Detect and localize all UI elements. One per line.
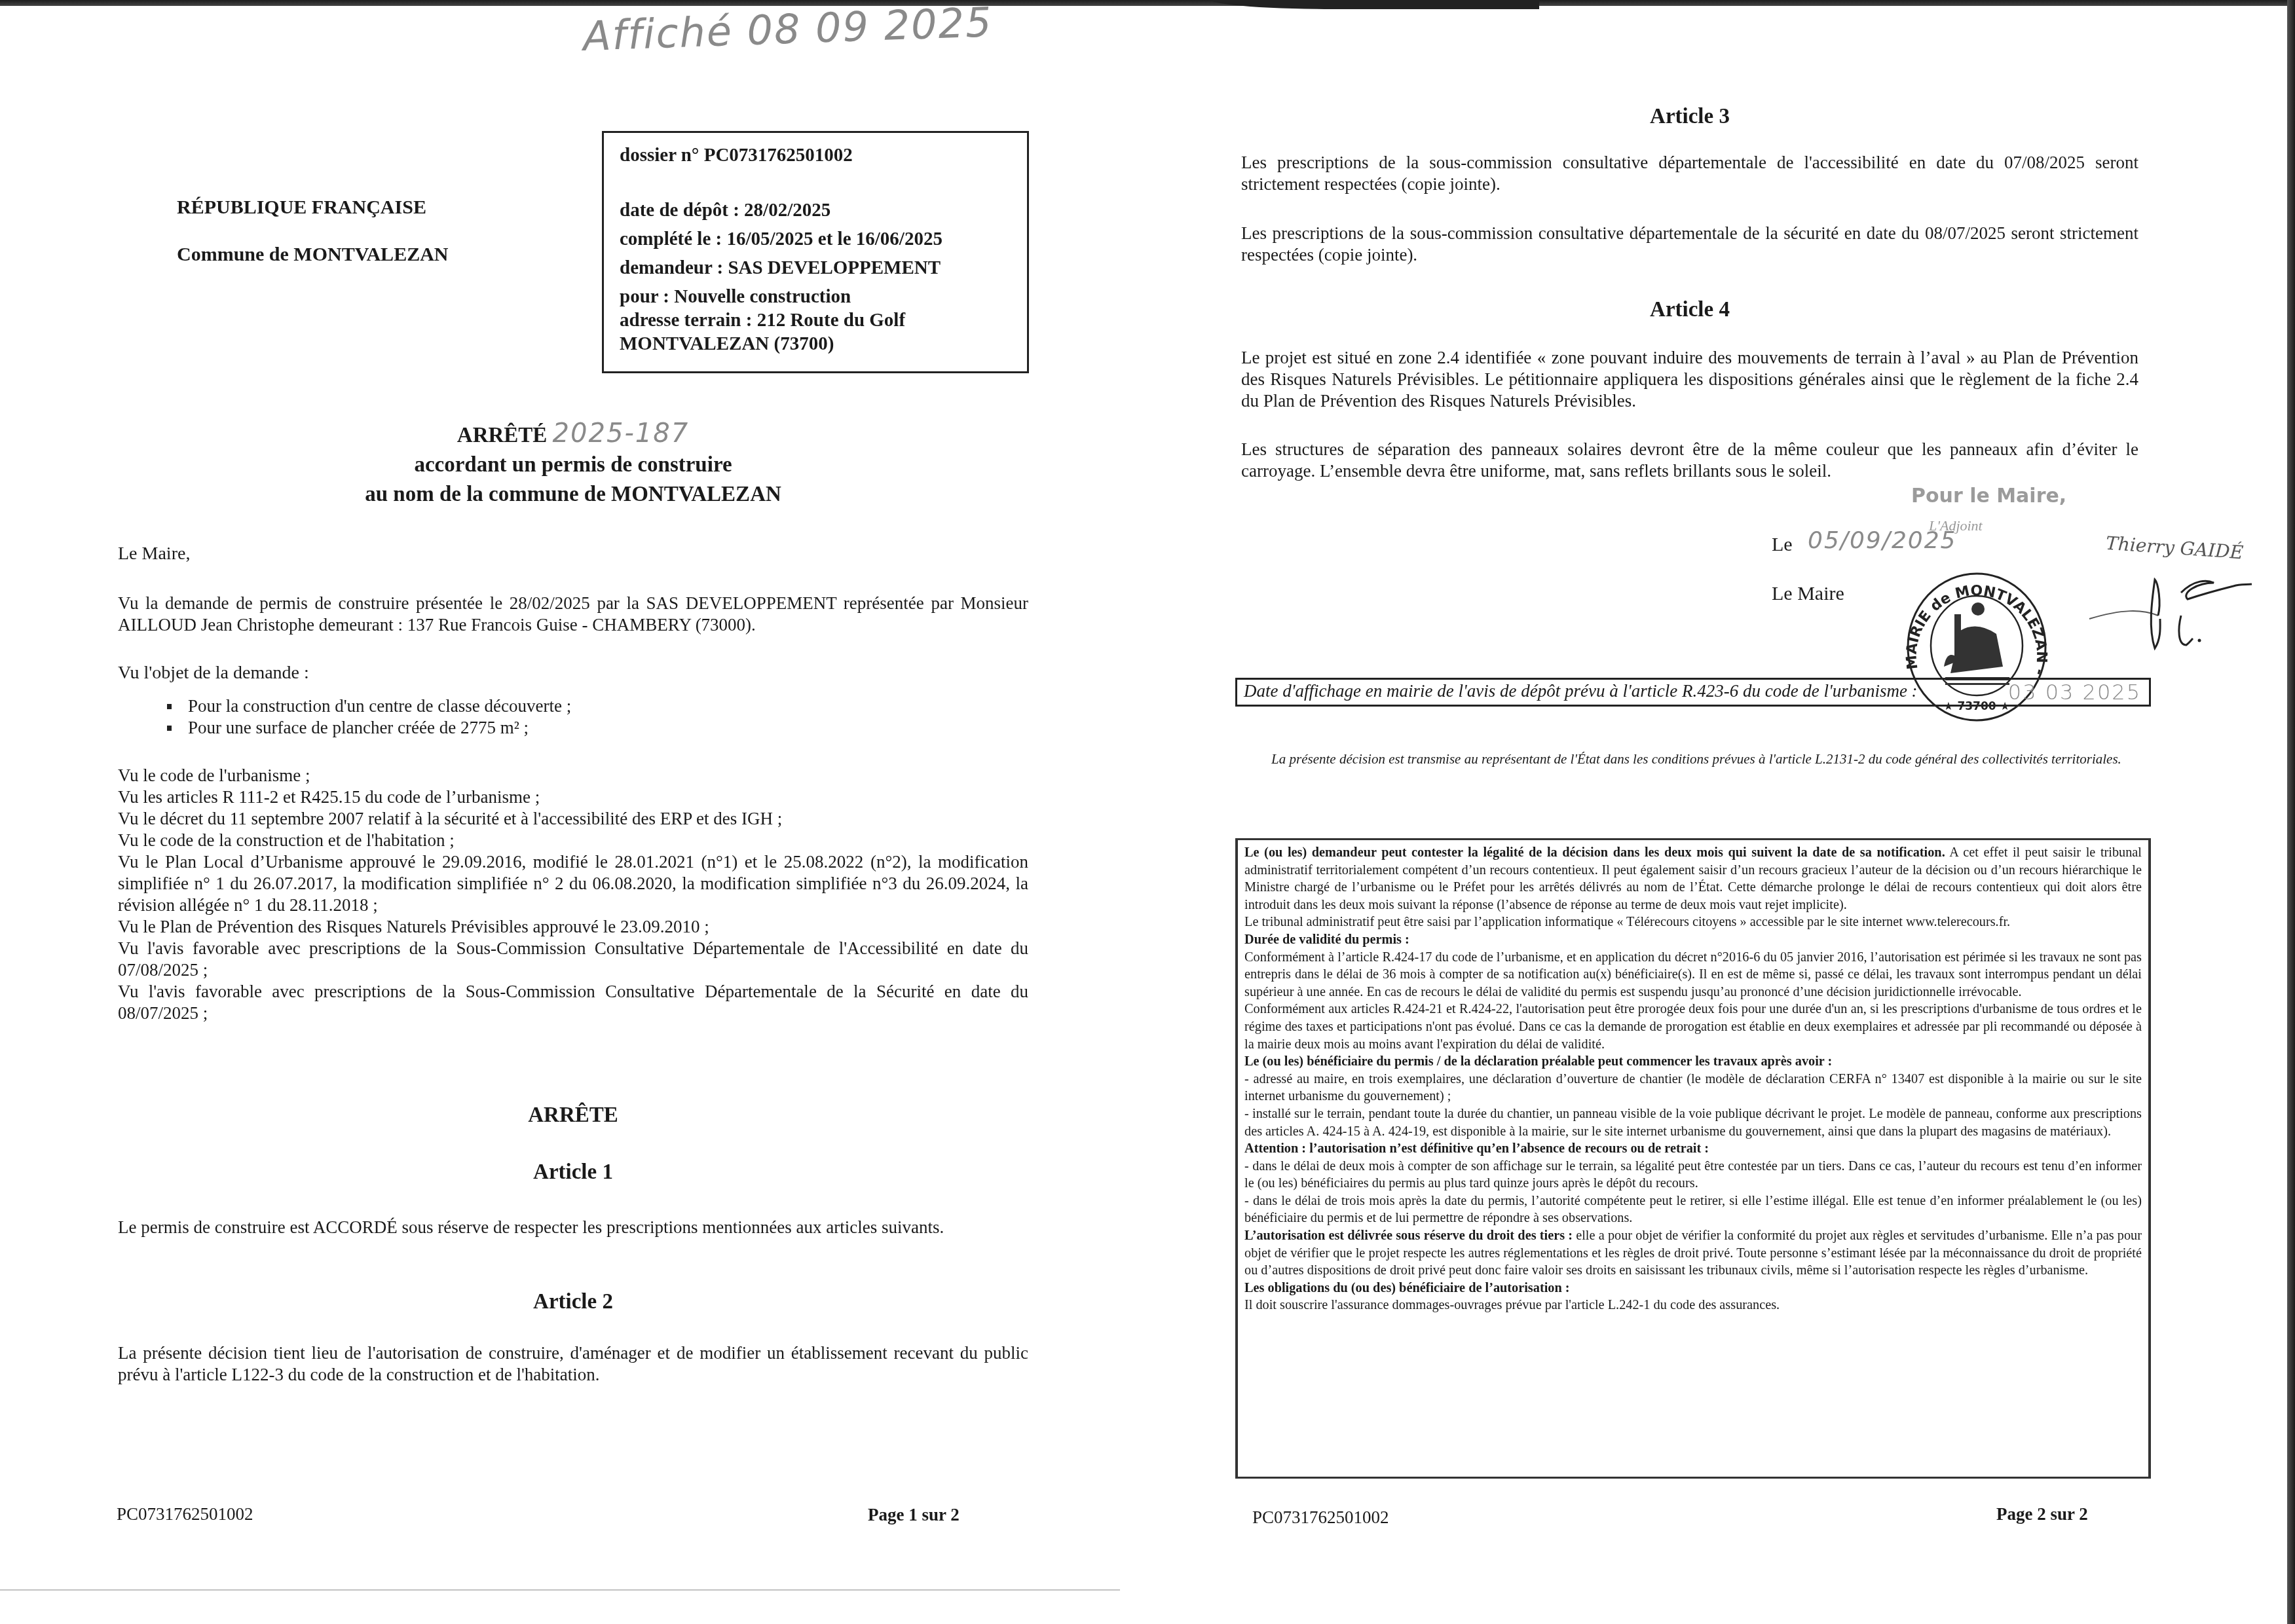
republique-header: RÉPUBLIQUE FRANÇAISE	[177, 196, 426, 219]
notice-paragraph: - dans le délai de trois mois après la d…	[1244, 1192, 2142, 1227]
arrete-heading: ARRÊTE	[118, 1103, 1028, 1128]
mayor-salutation: Le Maire,	[118, 544, 190, 564]
decree-subtitle-2: au nom de la commune de MONTVALEZAN	[216, 480, 930, 509]
notice-heading: Attention : l’autorisation n’est définit…	[1244, 1140, 2142, 1158]
transmission-notice: La présente décision est transmise au re…	[1258, 750, 2135, 769]
article-4-heading: Article 4	[1238, 298, 2142, 322]
recital: Vu le code de l'urbanisme ;	[118, 765, 1028, 786]
legal-notice-box: Le (ou les) demandeur peut contester la …	[1235, 838, 2151, 1479]
decree-label: ARRÊTÉ	[457, 424, 548, 447]
recital: Vu le code de la construction et de l'ha…	[118, 830, 1028, 851]
article-3-paragraph: Les prescriptions de la sous-commission …	[1241, 152, 2138, 195]
notice-paragraph: Il doit souscrire l'assurance dommages-o…	[1244, 1297, 2142, 1314]
decree-title: ARRÊTÉ 2025-187 accordant un permis de c…	[216, 419, 930, 509]
recital: Vu le Plan de Prévention des Risques Nat…	[118, 916, 1028, 938]
recital: Vu l'avis favorable avec prescriptions d…	[118, 938, 1028, 981]
notice-heading: Durée de validité du permis :	[1244, 931, 2142, 949]
notice-paragraph: Conformément aux articles R.424-21 et R.…	[1244, 1001, 2142, 1053]
article-1-text: Le permis de construire est ACCORDÉ sous…	[118, 1217, 1028, 1238]
legal-recitals: Vu le code de l'urbanisme ; Vu les artic…	[118, 765, 1028, 1024]
article-3-paragraph: Les prescriptions de la sous-commission …	[1241, 223, 2138, 266]
article-4-paragraph: Les structures de séparation des panneau…	[1241, 439, 2138, 482]
signer-name-handwritten: Thierry GAIDÉ	[2105, 532, 2244, 564]
notice-paragraph: - installé sur le terrain, pendant toute…	[1244, 1105, 2142, 1140]
notice-heading: Le (ou les) bénéficiaire du permis / de …	[1244, 1053, 2142, 1071]
notice-paragraph: Le (ou les) demandeur peut contester la …	[1244, 844, 2142, 913]
footer-dossier-id: PC0731762501002	[1252, 1507, 1389, 1528]
recital: Vu l'avis favorable avec prescriptions d…	[118, 981, 1028, 1024]
scan-edge-bottom	[0, 1589, 1120, 1591]
mayor-label: Le Maire	[1772, 583, 1844, 605]
handwritten-signature-icon	[2083, 563, 2253, 655]
purpose: pour : Nouvelle construction	[620, 285, 1011, 308]
list-item: Pour une surface de plancher créée de 27…	[167, 717, 571, 739]
scan-edge-shadow	[1212, 0, 1539, 9]
article-2-text: La présente décision tient lieu de l'aut…	[118, 1342, 1028, 1386]
notice-paragraph: Le tribunal administratif peut être sais…	[1244, 913, 2142, 931]
article-4-paragraph: Le projet est situé en zone 2.4 identifi…	[1241, 347, 2138, 412]
signature-date-label: Le	[1772, 534, 1793, 556]
posting-date-handwritten: 03 03 2025	[2008, 680, 2141, 705]
deposit-date: date de dépôt : 28/02/2025	[620, 196, 1011, 225]
object-recital: Vu l'objet de la demande :	[118, 663, 309, 684]
signature-date-handwritten: 05/09/2025	[1808, 527, 1957, 554]
scan-edge-top	[0, 0, 2295, 6]
site-address: adresse terrain : 212 Route du Golf	[620, 308, 1011, 332]
recital: Vu les articles R 111-2 et R425.15 du co…	[118, 786, 1028, 808]
handwritten-posting-note: Affiché 08 09 2025	[582, 0, 994, 60]
decree-subtitle: accordant un permis de construire	[216, 451, 930, 480]
notice-paragraph: L’autorisation est délivrée sous réserve…	[1244, 1227, 2142, 1280]
footer-page-number: Page 1 sur 2	[868, 1505, 960, 1525]
notice-paragraph: Conformément à l’article R.424-17 du cod…	[1244, 949, 2142, 1001]
decree-number-handwritten: 2025-187	[553, 418, 690, 449]
article-3-heading: Article 3	[1238, 105, 2142, 129]
posting-date-label: Date d'affichage en mairie de l'avis de …	[1244, 681, 1918, 701]
dossier-info-box: dossier n° PC0731762501002 date de dépôt…	[602, 131, 1029, 373]
dossier-number: dossier n° PC0731762501002	[620, 141, 1011, 170]
applicant: demandeur : SAS DEVELOPPEMENT	[620, 253, 1011, 282]
notice-paragraph: - adressé au maire, en trois exemplaires…	[1244, 1071, 2142, 1105]
application-recital: Vu la demande de permis de construire pr…	[118, 593, 1028, 636]
object-list: Pour la construction d'un centre de clas…	[167, 695, 571, 739]
recital: Vu le décret du 11 septembre 2007 relati…	[118, 808, 1028, 830]
recital: Vu le Plan Local d’Urbanisme approuvé le…	[118, 851, 1028, 916]
notice-paragraph: - dans le délai de deux mois à compter d…	[1244, 1158, 2142, 1192]
commune-header: Commune de MONTVALEZAN	[177, 244, 448, 266]
site-commune: MONTVALEZAN (73700)	[620, 332, 1011, 356]
list-item: Pour la construction d'un centre de clas…	[167, 695, 571, 717]
posting-date-box: Date d'affichage en mairie de l'avis de …	[1235, 678, 2151, 707]
scan-edge-right	[2287, 0, 2295, 1624]
article-1-heading: Article 1	[118, 1160, 1028, 1185]
footer-dossier-id: PC0731762501002	[117, 1504, 253, 1524]
footer-page-number: Page 2 sur 2	[1996, 1504, 2088, 1524]
stamp-pour-le-maire: Pour le Maire,	[1911, 485, 2066, 507]
article-2-heading: Article 2	[118, 1290, 1028, 1314]
completed-dates: complété le : 16/05/2025 et le 16/06/202…	[620, 225, 1011, 253]
notice-heading: Les obligations du (ou des) bénéficiaire…	[1244, 1280, 2142, 1297]
